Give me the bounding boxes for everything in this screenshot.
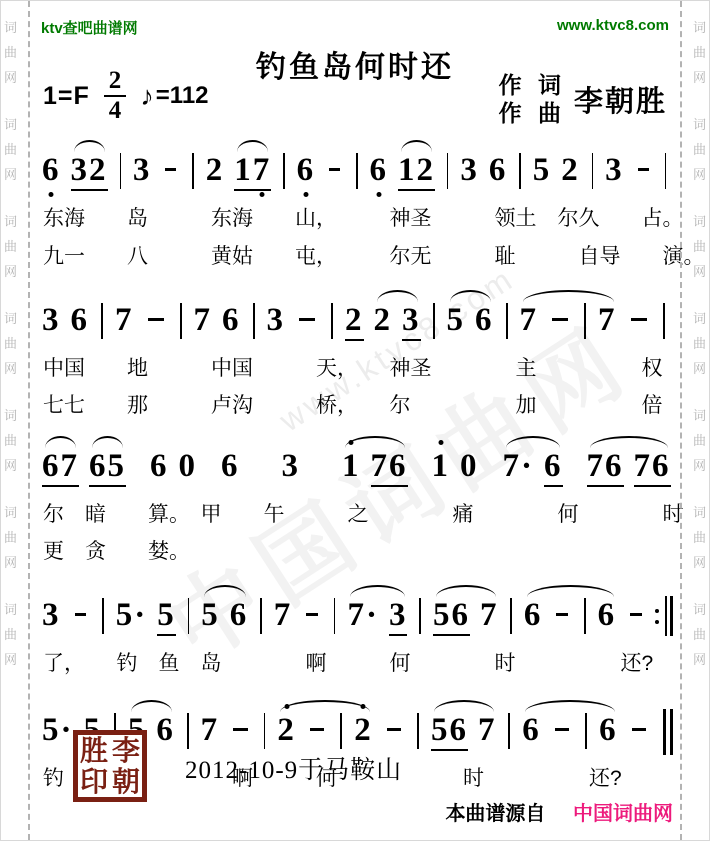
- seal-char: 李: [110, 735, 142, 766]
- time-signature-denominator: 4: [109, 97, 122, 124]
- note: 5: [157, 584, 176, 648]
- note-digits: 12: [398, 153, 435, 191]
- duration-dash: [631, 318, 647, 321]
- note-digit: 6: [524, 598, 543, 632]
- note-digit: 6: [598, 598, 617, 632]
- note-digits: 7: [598, 303, 617, 337]
- note-digit: 3: [282, 449, 301, 483]
- border-char: 曲: [4, 240, 17, 253]
- lyric-line: 尔 暗 算。 甲 午 之 痛 何 时: [43, 501, 673, 529]
- sheet-music-page: 中国词曲网 www.ktvc8.com 词曲网词曲网词曲网词曲网词曲网词曲网词曲…: [0, 0, 710, 841]
- note: 6: [370, 139, 389, 199]
- note-digit: 6: [150, 449, 169, 483]
- note: 0: [460, 435, 479, 495]
- note-digit: 32: [71, 153, 108, 187]
- notation-line: 3677632235677: [37, 289, 673, 353]
- note: 3: [460, 139, 479, 199]
- site-link-left[interactable]: ktv查吧曲谱网: [41, 17, 138, 38]
- border-char: 曲: [693, 337, 706, 350]
- note-digit: 3: [42, 598, 61, 632]
- barline: [334, 598, 335, 634]
- key-signature-group: 1=F 2 4 ♪ =112: [43, 68, 209, 125]
- border-char: 网: [4, 556, 17, 569]
- note-digit-low-octave: 7: [253, 153, 272, 187]
- note-digits: 56: [433, 598, 470, 636]
- source-label: 本曲谱源自: [445, 803, 545, 825]
- note-digit: 3: [389, 598, 408, 632]
- note-digit: 7·: [503, 449, 535, 483]
- note: 6: [222, 289, 241, 349]
- border-char: 词: [4, 409, 17, 422]
- note-digit: 56: [433, 598, 470, 632]
- note-digits: 5·: [116, 598, 148, 632]
- border-char: 曲: [693, 143, 706, 156]
- note-digits: 7·: [347, 598, 379, 632]
- note-digits: 5: [533, 153, 552, 187]
- note-digit: 2: [345, 303, 364, 337]
- note-digit: 3: [460, 153, 479, 187]
- note: 1: [432, 435, 451, 495]
- note-digit: 5: [201, 598, 220, 632]
- site-link-right[interactable]: www.ktvc8.com: [557, 17, 669, 34]
- border-char: 曲: [4, 434, 17, 447]
- note-digit: 3: [133, 153, 152, 187]
- note-digit: 76: [371, 449, 408, 483]
- border-char: 词: [693, 215, 706, 228]
- barline: [260, 598, 261, 634]
- note: 6: [489, 139, 508, 199]
- note-digit: 2: [374, 303, 393, 337]
- note: 2: [345, 289, 364, 353]
- border-char: 词: [4, 118, 17, 131]
- note: 3: [267, 289, 286, 349]
- note-digits: 2: [345, 303, 364, 341]
- note-digits: 5: [201, 598, 220, 632]
- barline: [433, 303, 435, 339]
- note-digits: 17: [234, 153, 271, 191]
- author-seal: 胜 李 印 朝: [73, 730, 147, 802]
- repeat-end-barline: [655, 596, 673, 636]
- note: 0: [179, 435, 198, 495]
- note: 3: [133, 139, 152, 199]
- note-digit: 3: [605, 153, 624, 187]
- border-char: 网: [4, 459, 17, 472]
- border-char: 曲: [693, 46, 706, 59]
- note-digit: 76: [634, 449, 671, 483]
- border-char: 词: [4, 603, 17, 616]
- note: 3: [42, 584, 61, 644]
- note-digit: 7·: [347, 598, 379, 632]
- seal-char: 胜: [78, 735, 110, 766]
- header-links-row: ktv查吧曲谱网 www.ktvc8.com: [37, 1, 673, 38]
- border-char: 词: [4, 215, 17, 228]
- note-digit: 76: [587, 449, 624, 483]
- note-digits: 3: [133, 153, 152, 187]
- border-char: 曲: [4, 46, 17, 59]
- footer-area: 胜 李 印 朝 2012-10-9于马鞍山 本曲谱源自 中国词曲网: [37, 726, 673, 830]
- note-digits: 3: [267, 303, 286, 337]
- border-char: 曲: [693, 240, 706, 253]
- note-digit: 7: [115, 303, 134, 337]
- credit-music-label: 作 曲: [499, 100, 566, 128]
- barline: [101, 303, 103, 339]
- barline: [584, 598, 585, 634]
- border-char: 词: [693, 21, 706, 34]
- note-digits: 6: [489, 153, 508, 187]
- note-digit: 5·: [116, 598, 148, 632]
- note-digits: 2: [561, 153, 580, 187]
- note-digit: 7: [480, 598, 499, 632]
- note-digits: 6: [71, 303, 90, 337]
- credit-labels: 作 词 作 曲: [499, 72, 566, 127]
- time-signature-numerator: 2: [104, 68, 127, 97]
- border-char: 词: [4, 312, 17, 325]
- note: 5: [533, 139, 552, 199]
- note: 6: [71, 289, 90, 349]
- note-digits: 3: [282, 449, 301, 483]
- note-digit: 6: [221, 449, 240, 483]
- repeat-dots: [655, 609, 659, 624]
- note: 7: [115, 289, 134, 349]
- border-char: 网: [4, 362, 17, 375]
- barline: [665, 153, 666, 189]
- note-digits: 3: [389, 598, 408, 636]
- note-digit: 7: [194, 303, 213, 337]
- eighth-note-icon: ♪: [140, 81, 154, 112]
- duration-dash: [299, 318, 315, 321]
- tempo-marking: ♪ =112: [140, 81, 208, 112]
- note-digits: 3: [460, 153, 479, 187]
- note-digits: 0: [460, 449, 479, 483]
- note: 6: [150, 435, 169, 495]
- score-block: 3677632235677中国 地 中国 天， 神圣 主 权七七 那 卢沟 桥，…: [37, 289, 673, 421]
- note-digit: 5: [157, 598, 176, 632]
- barline: [120, 153, 121, 189]
- note: 2: [206, 139, 225, 199]
- note-digit-low-octave: 6: [370, 153, 389, 187]
- note-digits: 6: [150, 449, 169, 483]
- duration-dash: [148, 318, 164, 321]
- barline: [102, 598, 103, 634]
- notation-line: 35·55677·356766: [37, 584, 673, 648]
- border-char: 词: [693, 506, 706, 519]
- note-digits: 6: [544, 449, 563, 487]
- dashed-line-right: [680, 1, 682, 840]
- content-area: ktv查吧曲谱网 www.ktvc8.com 钓鱼岛何时还 1=F 2 4 ♪ …: [37, 1, 673, 793]
- barline: [519, 153, 520, 189]
- score-block: 6323217661236523东海 岛 东海 山， 神圣 领土 尔久 占。九一…: [37, 139, 673, 271]
- note: 3: [282, 435, 301, 495]
- border-char: 曲: [693, 628, 706, 641]
- side-border-left: 词曲网词曲网词曲网词曲网词曲网词曲网词曲网: [1, 1, 35, 840]
- side-chars-left: 词曲网词曲网词曲网词曲网词曲网词曲网词曲网: [4, 9, 17, 666]
- date-text: 2012-10-9于马鞍山: [185, 750, 402, 786]
- barline: [331, 303, 333, 339]
- note-digits: 76: [587, 449, 624, 487]
- note-digits: 1: [342, 449, 361, 483]
- note-digit-high-octave: 1: [342, 449, 361, 483]
- notation-line: 6323217661236523: [37, 139, 673, 203]
- note-digit-low-octave: 6: [297, 153, 316, 187]
- time-signature: 2 4: [104, 68, 127, 125]
- note-digits: 6: [297, 153, 316, 187]
- duration-dash: [75, 613, 87, 616]
- source-site-name[interactable]: 中国词曲网: [573, 803, 673, 825]
- note-digits: 7: [194, 303, 213, 337]
- note-digit: 5: [533, 153, 552, 187]
- border-char: 曲: [4, 628, 17, 641]
- note: 7: [274, 584, 293, 644]
- border-char: 网: [4, 168, 17, 181]
- note-digit: 65: [89, 449, 126, 483]
- note-digits: 7: [480, 598, 499, 632]
- border-char: 网: [693, 653, 706, 666]
- note-digit: 12: [398, 153, 435, 187]
- note-digits: 5: [447, 303, 466, 337]
- border-char: 词: [693, 312, 706, 325]
- side-chars-right: 词曲网词曲网词曲网词曲网词曲网词曲网词曲网: [693, 9, 706, 666]
- barline: [253, 303, 255, 339]
- note: 7: [194, 289, 213, 349]
- border-char: 网: [693, 459, 706, 472]
- note-digits: 7·: [503, 449, 535, 483]
- barline: [592, 153, 593, 189]
- credits-block: 作 词 作 曲 李朝胜: [499, 72, 667, 127]
- tempo-value: =112: [156, 82, 209, 110]
- note-digits: 6: [221, 449, 240, 483]
- seal-char: 印: [78, 766, 110, 797]
- credit-lyrics-label: 作 词: [499, 72, 566, 100]
- note-digits: 7: [274, 598, 293, 632]
- note-digit: 3: [402, 303, 421, 337]
- note-digits: 5: [157, 598, 176, 636]
- note-digit: 1: [234, 153, 253, 187]
- border-char: 曲: [4, 337, 17, 350]
- source-line: 本曲谱源自 中国词曲网: [445, 797, 673, 826]
- score-block: 35·55677·356766了， 钓 鱼 岛 啊 何 时 还?: [37, 584, 673, 678]
- barline: [419, 598, 420, 634]
- note-digits: 6: [42, 153, 61, 187]
- border-char: 词: [693, 118, 706, 131]
- border-char: 网: [693, 71, 706, 84]
- note-digits: 67: [42, 449, 79, 487]
- note-digit: 3: [267, 303, 286, 337]
- note-digit: 6: [230, 598, 249, 632]
- note: 6: [221, 435, 240, 495]
- note-digit: 0: [179, 449, 198, 483]
- note: 6: [42, 139, 61, 199]
- barline: [188, 598, 189, 634]
- barline: [510, 598, 511, 634]
- note-digit: 6: [71, 303, 90, 337]
- note-digits: 3: [605, 153, 624, 187]
- duration-dash: [556, 613, 568, 616]
- barline: [180, 303, 182, 339]
- notation-line: 67656063176107·67676: [37, 435, 673, 499]
- border-char: 网: [693, 556, 706, 569]
- key-label: 1=F: [43, 82, 90, 111]
- border-char: 网: [693, 362, 706, 375]
- note-digits: 6: [222, 303, 241, 337]
- note-digit-high-octave: 1: [432, 449, 451, 483]
- barline: [447, 153, 448, 189]
- note: 2: [561, 139, 580, 199]
- note: 3: [42, 289, 61, 349]
- note-digits: 76: [371, 449, 408, 487]
- note-digits: 1: [432, 449, 451, 483]
- border-char: 词: [4, 506, 17, 519]
- note-digits: 76: [634, 449, 671, 487]
- note: 5·: [116, 584, 148, 644]
- note-digit: 7: [520, 303, 539, 337]
- note-digits: 65: [89, 449, 126, 487]
- note-digit: 7: [598, 303, 617, 337]
- note-digit: 6: [544, 449, 563, 483]
- lyric-line: 中国 地 中国 天， 神圣 主 权: [43, 355, 673, 383]
- border-char: 词: [4, 21, 17, 34]
- note-digit: 6: [475, 303, 494, 337]
- lyric-line: 九一 八 黄姑 屯， 尔无 耻 自导 演。: [43, 243, 673, 271]
- duration-dash: [638, 168, 649, 171]
- border-char: 词: [693, 409, 706, 422]
- note-digits: 3: [42, 303, 61, 337]
- note-digit: 2: [561, 153, 580, 187]
- barline: [192, 153, 193, 189]
- note: 6: [297, 139, 316, 199]
- note-digits: 0: [179, 449, 198, 483]
- duration-dash: [306, 613, 318, 616]
- note-digit: 2: [206, 153, 225, 187]
- border-char: 曲: [693, 531, 706, 544]
- lyric-line: 七七 那 卢沟 桥， 尔 加 倍: [43, 392, 673, 420]
- note-digits: 6: [475, 303, 494, 337]
- barline: [506, 303, 508, 339]
- note-digits: 7: [520, 303, 539, 337]
- side-border-right: 词曲网词曲网词曲网词曲网词曲网词曲网词曲网: [675, 1, 709, 840]
- lyric-line: 了， 钓 鱼 岛 啊 何 时 还?: [43, 650, 673, 678]
- note-digit: 67: [42, 449, 79, 483]
- note-digits: 2: [374, 303, 393, 337]
- border-char: 曲: [693, 434, 706, 447]
- dashed-line-left: [28, 1, 30, 840]
- note-digits: 6: [230, 598, 249, 632]
- duration-dash: [552, 318, 568, 321]
- note-digits: 7: [115, 303, 134, 337]
- border-char: 网: [4, 71, 17, 84]
- barline: [663, 303, 665, 339]
- note-digits: 6: [370, 153, 389, 187]
- seal-char: 朝: [110, 766, 142, 797]
- border-char: 网: [693, 265, 706, 278]
- note-digit: 3: [42, 303, 61, 337]
- border-char: 曲: [4, 531, 17, 544]
- credit-author-name: 李朝胜: [574, 79, 667, 120]
- border-char: 网: [4, 653, 17, 666]
- barline: [283, 153, 284, 189]
- lyric-line: 东海 岛 东海 山， 神圣 领土 尔久 占。: [43, 205, 673, 233]
- border-char: 曲: [4, 143, 17, 156]
- note: 3: [605, 139, 624, 199]
- score-area: 6323217661236523东海 岛 东海 山， 神圣 领土 尔久 占。九一…: [37, 139, 673, 793]
- barline: [356, 153, 357, 189]
- note-digits: 3: [42, 598, 61, 632]
- duration-dash: [630, 613, 642, 616]
- border-char: 词: [693, 603, 706, 616]
- note-digit: 6: [222, 303, 241, 337]
- note-digits: 6: [524, 598, 543, 632]
- note-digit-low-octave: 6: [42, 153, 61, 187]
- note-digit: 0: [460, 449, 479, 483]
- note-digit: 6: [489, 153, 508, 187]
- note-digits: 2: [206, 153, 225, 187]
- score-block: 67656063176107·67676尔 暗 算。 甲 午 之 痛 何 时更 …: [37, 435, 673, 567]
- border-char: 网: [693, 168, 706, 181]
- note-digit: 5: [447, 303, 466, 337]
- note-digit: 7: [274, 598, 293, 632]
- duration-dash: [329, 168, 340, 171]
- note-digits: 6: [598, 598, 617, 632]
- lyric-line: 更 贪 婪。: [43, 538, 673, 566]
- note-digits: 3: [402, 303, 421, 341]
- barline: [584, 303, 586, 339]
- duration-dash: [165, 168, 176, 171]
- note-digits: 32: [71, 153, 108, 191]
- border-char: 网: [4, 265, 17, 278]
